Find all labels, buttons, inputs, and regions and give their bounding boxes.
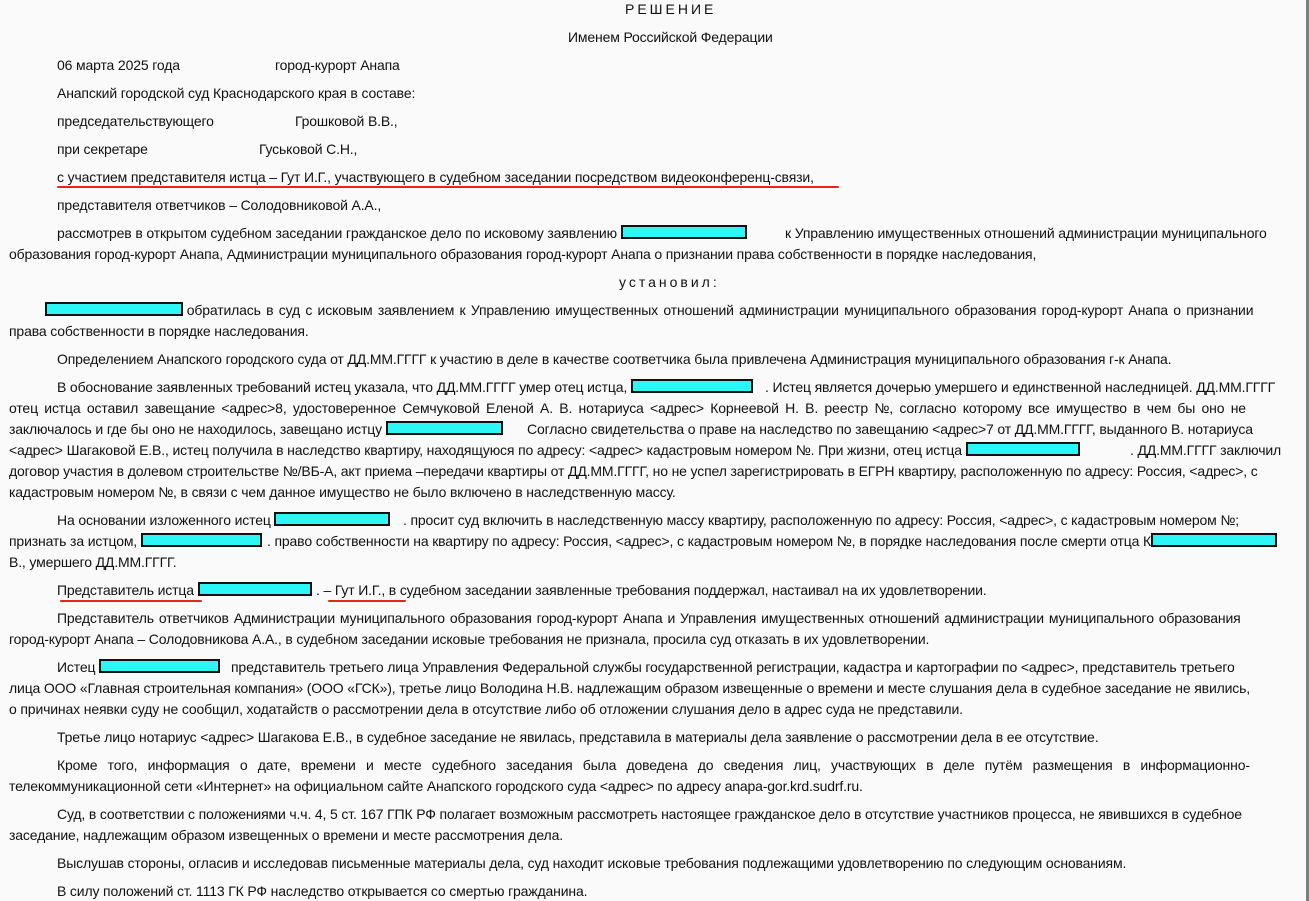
paragraph-3-line-1a: В обоснование заявленных требований исте… xyxy=(57,378,753,396)
document-page: РЕШЕНИЕ Именем Российской Федерации 06 м… xyxy=(0,0,1309,901)
paragraph-7-line-1a: Истец xyxy=(57,658,220,676)
document-subtitle: Именем Российской Федерации xyxy=(568,28,773,46)
red-underline xyxy=(60,600,202,602)
established-heading: установил: xyxy=(619,273,720,291)
document-title: РЕШЕНИЕ xyxy=(625,0,716,18)
secretary-label: при секретаре xyxy=(57,140,148,158)
plaintiff-representative-line: с участием представителя истца – Гут И.Г… xyxy=(57,168,814,186)
paragraph-1-line-2: права собственности в порядке наследован… xyxy=(9,322,309,340)
intro-line-2: образования город-курорт Анапа, Админист… xyxy=(9,245,1036,263)
redaction-box xyxy=(1151,533,1277,547)
redaction-box xyxy=(631,379,753,393)
intro-line-1b: к Управлению имущественных отношений адм… xyxy=(785,224,1267,242)
redaction-box xyxy=(966,442,1080,456)
paragraph-5a: Представитель истца xyxy=(57,581,312,599)
paragraph-8: Третье лицо нотариус <адрес> Шагакова Е.… xyxy=(57,728,1098,746)
paragraph-7-line-3: о причинах неявки суду не сообщил, ходат… xyxy=(9,700,963,718)
paragraph-3-line-1b: . Истец является дочерью умершего и един… xyxy=(765,378,1275,396)
paragraph-6-line-1: Представитель ответчиков Администрации м… xyxy=(57,609,1241,627)
paragraph-4-line-3: В., умершего ДД.ММ.ГГГГ. xyxy=(9,553,177,571)
paragraph-4-line-1a: На основании изложенного истец xyxy=(57,511,390,529)
redaction-box xyxy=(198,582,312,596)
intro-line-1a: рассмотрев в открытом судебном заседании… xyxy=(57,224,747,242)
paragraph-7-line-1b: представитель третьего лица Управления Ф… xyxy=(231,658,1235,676)
paragraph-6-line-2: город-курорт Анапа – Солодовникова А.А.,… xyxy=(9,630,929,648)
paragraph-3-line-6: кадастровым номером №, в связи с чем дан… xyxy=(9,483,676,501)
paragraph-4-line-2a: признать за истцом, xyxy=(9,532,262,550)
paragraph-11: Выслушав стороны, огласив и исследовав п… xyxy=(57,854,1126,872)
paragraph-3-line-4b: . ДД.ММ.ГГГГ заключил xyxy=(1130,441,1281,459)
presiding-name: Грошковой В.В., xyxy=(295,112,398,130)
redaction-box xyxy=(386,421,503,435)
redaction-box xyxy=(621,225,747,239)
paragraph-9-line-2: телекоммуникационной сети «Интернет» на … xyxy=(9,777,863,795)
paragraph-4-line-1b: . просит суд включить в наследственную м… xyxy=(403,511,1239,529)
redaction-box xyxy=(274,512,390,526)
redaction-box xyxy=(141,533,262,547)
paragraph-10-line-2: заседание, надлежащим образом извещенных… xyxy=(9,826,563,844)
paragraph-1-line-1: обратилась в суд с исковым заявлением к … xyxy=(45,301,1253,319)
court-name: Анапский городской суд Краснодарского кр… xyxy=(57,84,415,102)
paragraph-3-line-2: отец истца оставил завещание <адрес>8, у… xyxy=(9,399,1246,417)
paragraph-3-line-3b: Согласно свидетельства о праве на наслед… xyxy=(527,420,1253,438)
paragraph-5b: . – Гут И.Г., в судебном заседании заявл… xyxy=(316,581,987,599)
redaction-box xyxy=(45,302,183,316)
red-underline xyxy=(57,186,839,188)
presiding-label: председательствующего xyxy=(57,112,214,130)
paragraph-12: В силу положений ст. 1113 ГК РФ наследст… xyxy=(57,882,587,900)
secretary-name: Гуськовой С.Н., xyxy=(259,140,357,158)
defendant-representative-line: представителя ответчиков – Солодовниково… xyxy=(57,196,381,214)
paragraph-9-line-1: Кроме того, информация о дате, времени и… xyxy=(57,756,1250,774)
paragraph-3-line-3a: заключалось и где бы оно не находилось, … xyxy=(9,420,503,438)
paragraph-7-line-2: лица ООО «Главная строительная компания»… xyxy=(9,679,1250,697)
paragraph-10-line-1: Суд, в соответствии с положениями ч.ч. 4… xyxy=(57,805,1242,823)
decision-city: город-курорт Анапа xyxy=(275,56,400,74)
paragraph-2: Определением Анапского городского суда о… xyxy=(57,350,1171,368)
paragraph-3-line-4a: <адрес> Шагаковой Е.В., истец получила в… xyxy=(9,441,1080,459)
red-underline xyxy=(328,600,406,602)
decision-date: 06 марта 2025 года xyxy=(57,56,180,74)
redaction-box xyxy=(99,659,220,673)
paragraph-3-line-5: договор участия в долевом строительстве … xyxy=(9,462,1258,480)
paragraph-4-line-2b: . право собственности на квартиру по адр… xyxy=(267,532,1277,550)
